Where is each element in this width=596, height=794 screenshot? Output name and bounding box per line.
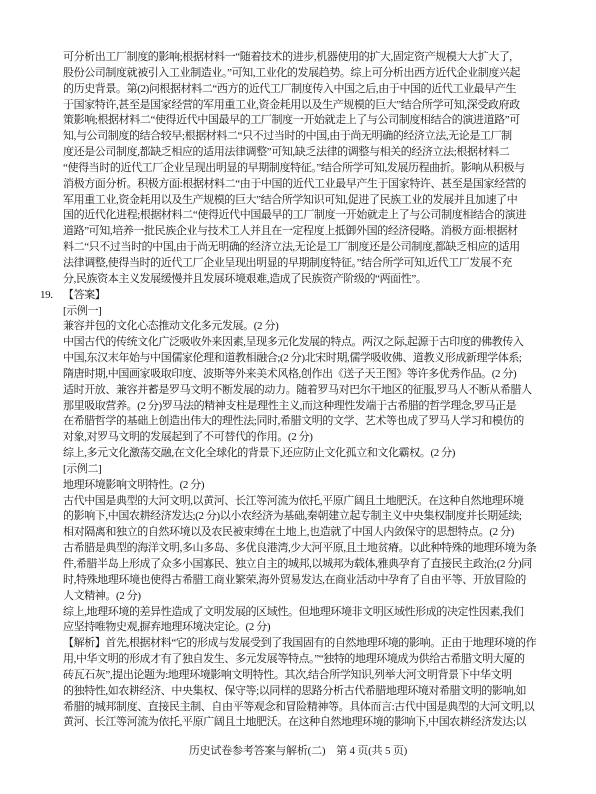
item19-analysis-line: 黄河、长江等河流为依托,平原广阔且土地肥沃。在这种自然地理环境的影响下,中国农耕…: [63, 715, 541, 731]
item19-answer-line: 那里吸取营养。(2 分)罗马法的精神支柱是理性主义,而这种理性发端于古希腊的哲学…: [63, 399, 541, 415]
item18-analysis-line: 料二“只不过当时的中国,由于尚无明确的经济立法,无论是工厂制度还是公司制度,都缺…: [63, 240, 541, 256]
page-body: 可分析出工厂制度的影响;根据材料一“随着技术的进步,机器使用的扩大,固定资产规模…: [63, 50, 541, 731]
item18-analysis-line: 消极方面分析。积极方面:根据材料二“由于中国的近代工业最早产生于国家特许、甚至是…: [63, 177, 541, 193]
item18-analysis-line: 法律调整,使得当时的近代工厂企业呈现出明显的早期制度特征。”结合所学可知,近代工…: [63, 256, 541, 272]
item19-answer-line: 古希腊是典型的海洋文明,多山多岛、多优良港湾,少大河平原,且土地贫瘠。以此种特殊…: [63, 541, 541, 557]
item19-analysis-line: 【解析】首先,根据材料“它的形成与发展受到了我国固有的自然地理环境的影响。正由于…: [63, 636, 541, 652]
item19-analysis-line: 砖瓦石灰”,提出论题为:地理环境影响文明特性。其次,结合所学知识,列举大河文明背…: [63, 668, 541, 684]
answer-key-page: 可分析出工厂制度的影响;根据材料一“随着技术的进步,机器使用的扩大,固定资产规模…: [0, 0, 596, 794]
item19-analysis-line: 希腊的城邦制度、直接民主制、自由平等观念和冒险精神等。具体而言:古代中国是典型的…: [63, 700, 541, 716]
item19-analysis-line: 的独特性,如农耕经济、中央集权、保守等;以同样的思路分析古代希腊地理环境对希腊文…: [63, 684, 541, 700]
item18-analysis-line: 知,与公司制度的结合较早;根据材料二“只不过当时的中国,由于尚无明确的经济立法,…: [63, 129, 541, 145]
item19-answer-line: 中国,东汉末年始与中国儒家伦理和道教相融合;(2 分)北宋时期,儒学吸收佛、道教…: [63, 351, 541, 367]
item19-number: 19.: [40, 288, 53, 304]
item19-answer-line: 人文精神。(2 分): [63, 589, 541, 605]
item18-analysis-line: 军用重工业,资金耗用以及生产规模的巨大”结合所学知识可知,促进了民族工业的发展并…: [63, 193, 541, 209]
item19-answer-line: 适时开放、兼容并蓄是罗马文明不断发展的动力。随着罗马对巴尔干地区的征服,罗马人不…: [63, 383, 541, 399]
item19-analysis-line: 用,中华文明的形成才有了独自发生、多元发展等特点。”“独特的地理环境成为供给古希…: [63, 652, 541, 668]
item19-answer-line: 古代中国是典型的大河文明,以黄河、长江等河流为依托,平原广阔且土地肥沃。在这种自…: [63, 494, 541, 510]
item19-answer-label: 【答案】: [63, 289, 105, 301]
item18-analysis-line: 分,民族资本主义发展缓慢并且发展环境艰难,造成了民族资产阶级的“两面性”。: [63, 272, 541, 288]
item19-answer-line: 相对隔离和独立的自然环境以及农民被束缚在土地上,也造就了中国人内敛保守的思想特点…: [63, 525, 541, 541]
item19-answer-line: 综上,地理环境的差异性造成了文明发展的区域性。但地理环境非文明区域性形成的决定性…: [63, 605, 541, 621]
item18-analysis-line: 国的近代化进程;根据材料二“使得近代中国最早的工厂制度一开始就走上了与公司制度相…: [63, 208, 541, 224]
page-footer: 历史试卷参考答案与解析(二) 第 4 页(共 5 页): [0, 742, 596, 758]
item18-analysis-line: 股份公司制度就被引入工业制造业。”可知,工业化的发展趋势。综上可分析出西方近代企…: [63, 66, 541, 82]
item19-answer-line: 综上,多元文化激荡交融,在文化全球化的背景下,还应防止文化孤立和文化霸权。(2 …: [63, 446, 541, 462]
item18-analysis-line: 可分析出工厂制度的影响;根据材料一“随着技术的进步,机器使用的扩大,固定资产规模…: [63, 50, 541, 66]
item19-answer-line: 在希腊哲学的基础上创造出伟大的理性法;同时,希腊文明的文学、艺术等也成了罗马人学…: [63, 414, 541, 430]
item19-answer-line: 兼容并包的文化心态推动文化多元发展。(2 分): [63, 319, 541, 335]
item18-analysis-line: 度还是公司制度,都缺乏相应的适用法律调整”可知,缺乏法律的调整与相关的经济立法;…: [63, 145, 541, 161]
item19-answer-line: [示例二]: [63, 462, 541, 478]
item18-analysis-line: 道路”可知,培养一批民族企业与技术工人并且在一定程度上抵御外国的经济侵略。消极方…: [63, 224, 541, 240]
item19-answer-line: 隋唐时期,中国画家吸取印度、波斯等外来美术风格,创作出《送子天王图》等许多优秀作…: [63, 367, 541, 383]
item18-analysis-line: 策影响;根据材料二“使得近代中国最早的工厂制度一开始就走上了与公司制度相结合的演…: [63, 113, 541, 129]
item19-answer-heading: 19.【答案】: [63, 288, 541, 304]
item19-answer-line: 的影响下,中国农耕经济发达;(2 分)以小农经济为基础,秦朝建立起专制主义中央集…: [63, 509, 541, 525]
item19-answer-line: 对象,对罗马文明的发展起到了不可替代的作用。(2 分): [63, 430, 541, 446]
item19-answer-line: 时,特殊地理环境也使得古希腊工商业繁荣,海外贸易发达,在商业活动中孕育了自由平等…: [63, 573, 541, 589]
item19-answer-line: 应坚持唯物史观,摒弃地理环境决定论。(2 分): [63, 620, 541, 636]
item19-answer-line: 中国古代的传统文化广泛吸收外来因素,呈现多元化发展的特点。两汉之际,起源于古印度…: [63, 335, 541, 351]
item19-answer-line: 地理环境影响文明特性。(2 分): [63, 478, 541, 494]
item19-answer-line: [示例一]: [63, 304, 541, 320]
item18-analysis-line: 于国家特许,甚至是国家经营的军用重工业,资金耗用以及生产规模的巨大”结合所学可知…: [63, 98, 541, 114]
item19-answer-line: 件,希腊半岛上形成了众多小国寡民、独立自主的城邦,以城邦为载体,雅典孕育了直接民…: [63, 557, 541, 573]
item18-analysis-line: 的历史背景。第(2)问根据材料二“西方的近代工厂制度传入中国之后,由于中国的近代…: [63, 82, 541, 98]
item18-analysis-line: “使得当时的近代工厂企业呈现出明显的早期制度特征。”结合所学可知,发展历程曲折。…: [63, 161, 541, 177]
